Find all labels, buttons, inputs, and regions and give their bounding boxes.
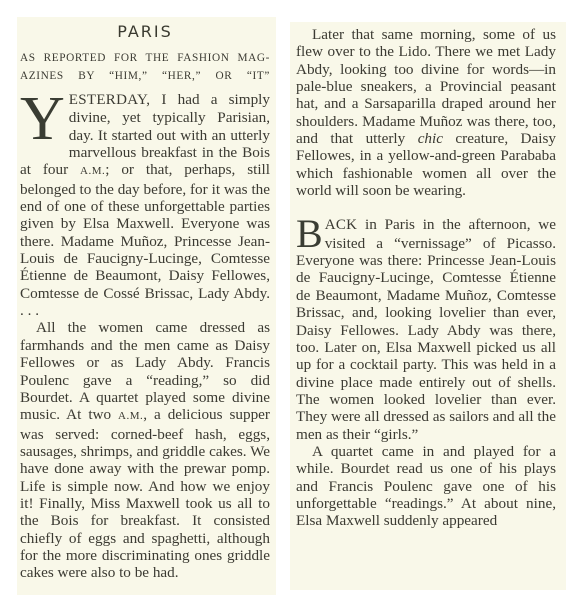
- subtitle-line-1: As reported for the fashion mag-: [20, 49, 270, 67]
- time-text: A.M.: [80, 165, 105, 177]
- paragraph-later-that-morning: Later that same morning, some of us flew…: [296, 26, 556, 199]
- paragraph-text: ; or that, perhaps, still belonged to th…: [20, 161, 270, 319]
- paragraph-back-in-paris: BACK in Paris in the afternoon, we visit…: [296, 216, 556, 442]
- time-text: A.M.: [118, 410, 143, 422]
- paragraph-yesterday: YESTERDAY, I had a simply divine, yet ty…: [20, 91, 270, 319]
- paragraph-text: in Paris in the afternoon, we visited a …: [296, 216, 556, 442]
- paragraph-quartet: A quartet came in and played for a while…: [296, 443, 556, 530]
- paragraph-all-the-women: All the women came dressed as farmhands …: [20, 319, 270, 581]
- subtitle-line-2: azines by “Him,” “Her,” or “It”: [20, 67, 270, 85]
- italic-word: chic: [418, 130, 443, 147]
- drop-cap-y: Y: [20, 93, 65, 145]
- section-gap: [296, 199, 556, 216]
- right-column: Later that same morning, some of us flew…: [290, 22, 566, 590]
- drop-cap-b: B: [296, 218, 323, 250]
- paragraph-text: , a delicious supper was served: corned-…: [20, 406, 270, 581]
- article-title: PARIS: [20, 23, 270, 41]
- paragraph-text: Later that same morning, some of us flew…: [296, 26, 556, 147]
- lead-caps: ACK: [325, 217, 358, 233]
- article-subtitle: As reported for the fashion mag- azines …: [20, 49, 270, 85]
- paragraph-text: A quartet came in and played for a while…: [296, 443, 556, 529]
- lead-caps: ESTERDAY,: [69, 92, 150, 108]
- left-column: PARIS As reported for the fashion mag- a…: [17, 17, 276, 595]
